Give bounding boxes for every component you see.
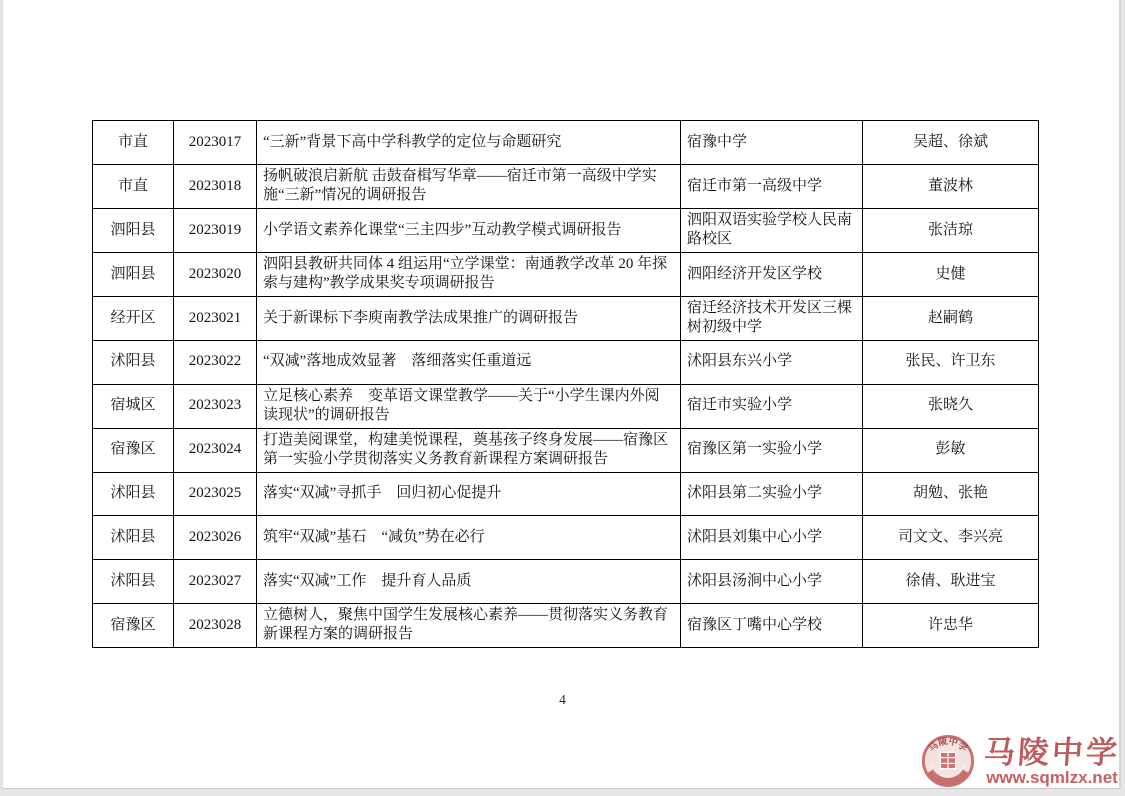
table-row: 宿豫区2023024打造美阅课堂，构建美悦课程，奠基孩子终身发展——宿豫区第一实… [93,428,1039,472]
cell-title: “双减”落地成效显著 落细落实任重道远 [257,340,681,384]
cell-title: 打造美阅课堂，构建美悦课程，奠基孩子终身发展——宿豫区第一实验小学贯彻落实义务教… [257,428,681,472]
cell-authors: 张民、许卫东 [863,340,1039,384]
cell-id: 2023021 [174,296,257,340]
cell-school: 宿迁市第一高级中学 [681,164,863,208]
cell-authors: 许忠华 [863,603,1039,647]
cell-authors: 彭敏 [863,428,1039,472]
cell-title: 扬帆破浪启新航 击鼓奋楫写华章——宿迁市第一高级中学实施“三新”情况的调研报告 [257,164,681,208]
cell-authors: 董波林 [863,164,1039,208]
cell-authors: 史健 [863,252,1039,296]
school-seal-icon: 马陵中学 MALING MIDDLE SCHOOL [921,734,975,788]
cell-district: 宿豫区 [93,428,174,472]
school-website: www.sqmlzx.net [986,769,1118,786]
table-row: 宿城区2023023立足核心素养 变革语文课堂教学——关于“小学生课内外阅读现状… [93,384,1039,428]
cell-district: 沭阳县 [93,516,174,560]
table-row: 沭阳县2023027落实“双减”工作 提升育人品质沭阳县汤涧中心小学徐倩、耿进宝 [93,560,1039,604]
cell-title: 立足核心素养 变革语文课堂教学——关于“小学生课内外阅读现状”的调研报告 [257,384,681,428]
cell-id: 2023017 [174,121,257,165]
table-row: 沭阳县2023022“双减”落地成效显著 落细落实任重道远沭阳县东兴小学张民、许… [93,340,1039,384]
document-page: 市直2023017“三新”背景下高中学科教学的定位与命题研究宿豫中学吴超、徐斌市… [2,0,1121,789]
school-name: 马陵中学 [983,737,1121,768]
cell-title: 小学语文素养化课堂“三主四步”互动教学模式调研报告 [257,208,681,252]
cell-authors: 张洁琼 [863,208,1039,252]
cell-school: 泗阳经济开发区学校 [681,252,863,296]
cell-authors: 司文文、李兴亮 [863,516,1039,560]
cell-id: 2023019 [174,208,257,252]
cell-id: 2023022 [174,340,257,384]
cell-id: 2023025 [174,472,257,516]
cell-id: 2023027 [174,560,257,604]
cell-district: 市直 [93,121,174,165]
cell-district: 泗阳县 [93,208,174,252]
cell-id: 2023023 [174,384,257,428]
table-row: 泗阳县2023020泗阳县教研共同体 4 组运用“立学课堂：南通教学改革 20 … [93,252,1039,296]
cell-school: 宿豫区丁嘴中心学校 [681,603,863,647]
cell-school: 沭阳县东兴小学 [681,340,863,384]
cell-school: 沭阳县汤涧中心小学 [681,560,863,604]
cell-school: 宿豫区第一实验小学 [681,428,863,472]
table-row: 沭阳县2023025落实“双减”寻抓手 回归初心促提升沭阳县第二实验小学胡勉、张… [93,472,1039,516]
table-row: 宿豫区2023028立德树人，聚焦中国学生发展核心素养——贯彻落实义务教育新课程… [93,603,1039,647]
cell-district: 泗阳县 [93,252,174,296]
table-row: 沭阳县2023026筑牢“双减”基石 “减负”势在必行沭阳县刘集中心小学司文文、… [93,516,1039,560]
cell-title: 筑牢“双减”基石 “减负”势在必行 [257,516,681,560]
cell-school: 沭阳县第二实验小学 [681,472,863,516]
cell-district: 沭阳县 [93,560,174,604]
cell-school: 泗阳双语实验学校人民南路校区 [681,208,863,252]
cell-title: 泗阳县教研共同体 4 组运用“立学课堂：南通教学改革 20 年探索与建构”教学成… [257,252,681,296]
cell-district: 市直 [93,164,174,208]
cell-district: 沭阳县 [93,340,174,384]
award-table-body: 市直2023017“三新”背景下高中学科教学的定位与命题研究宿豫中学吴超、徐斌市… [93,121,1039,648]
cell-title: 落实“双减”工作 提升育人品质 [257,560,681,604]
cell-id: 2023020 [174,252,257,296]
cell-id: 2023026 [174,516,257,560]
award-table: 市直2023017“三新”背景下高中学科教学的定位与命题研究宿豫中学吴超、徐斌市… [92,120,1039,648]
cell-authors: 吴超、徐斌 [863,121,1039,165]
table-row: 泗阳县2023019小学语文素养化课堂“三主四步”互动教学模式调研报告泗阳双语实… [93,208,1039,252]
watermark-text: 马陵中学 www.sqmlzx.net [984,737,1120,786]
table-row: 市直2023017“三新”背景下高中学科教学的定位与命题研究宿豫中学吴超、徐斌 [93,121,1039,165]
table-row: 经开区2023021关于新课标下李庾南教学法成果推广的调研报告宿迁经济技术开发区… [93,296,1039,340]
table-row: 市直2023018扬帆破浪启新航 击鼓奋楫写华章——宿迁市第一高级中学实施“三新… [93,164,1039,208]
cell-authors: 张晓久 [863,384,1039,428]
cell-id: 2023018 [174,164,257,208]
cell-title: 关于新课标下李庾南教学法成果推广的调研报告 [257,296,681,340]
cell-school: 沭阳县刘集中心小学 [681,516,863,560]
cell-title: 落实“双减”寻抓手 回归初心促提升 [257,472,681,516]
cell-title: “三新”背景下高中学科教学的定位与命题研究 [257,121,681,165]
cell-school: 宿迁经济技术开发区三棵树初级中学 [681,296,863,340]
cell-authors: 胡勉、张艳 [863,472,1039,516]
cell-district: 沭阳县 [93,472,174,516]
page-number: 4 [3,692,1122,708]
cell-school: 宿迁市实验小学 [681,384,863,428]
seal-center-emblem [940,752,955,768]
cell-id: 2023028 [174,603,257,647]
cell-id: 2023024 [174,428,257,472]
cell-authors: 徐倩、耿进宝 [863,560,1039,604]
cell-district: 宿豫区 [93,603,174,647]
cell-authors: 赵嗣鹤 [863,296,1039,340]
cell-district: 经开区 [93,296,174,340]
cell-title: 立德树人，聚焦中国学生发展核心素养——贯彻落实义务教育新课程方案的调研报告 [257,603,681,647]
cell-district: 宿城区 [93,384,174,428]
cell-school: 宿豫中学 [681,121,863,165]
school-watermark: 马陵中学 MALING MIDDLE SCHOOL 马陵中学 www.sqmlz… [921,734,1120,788]
